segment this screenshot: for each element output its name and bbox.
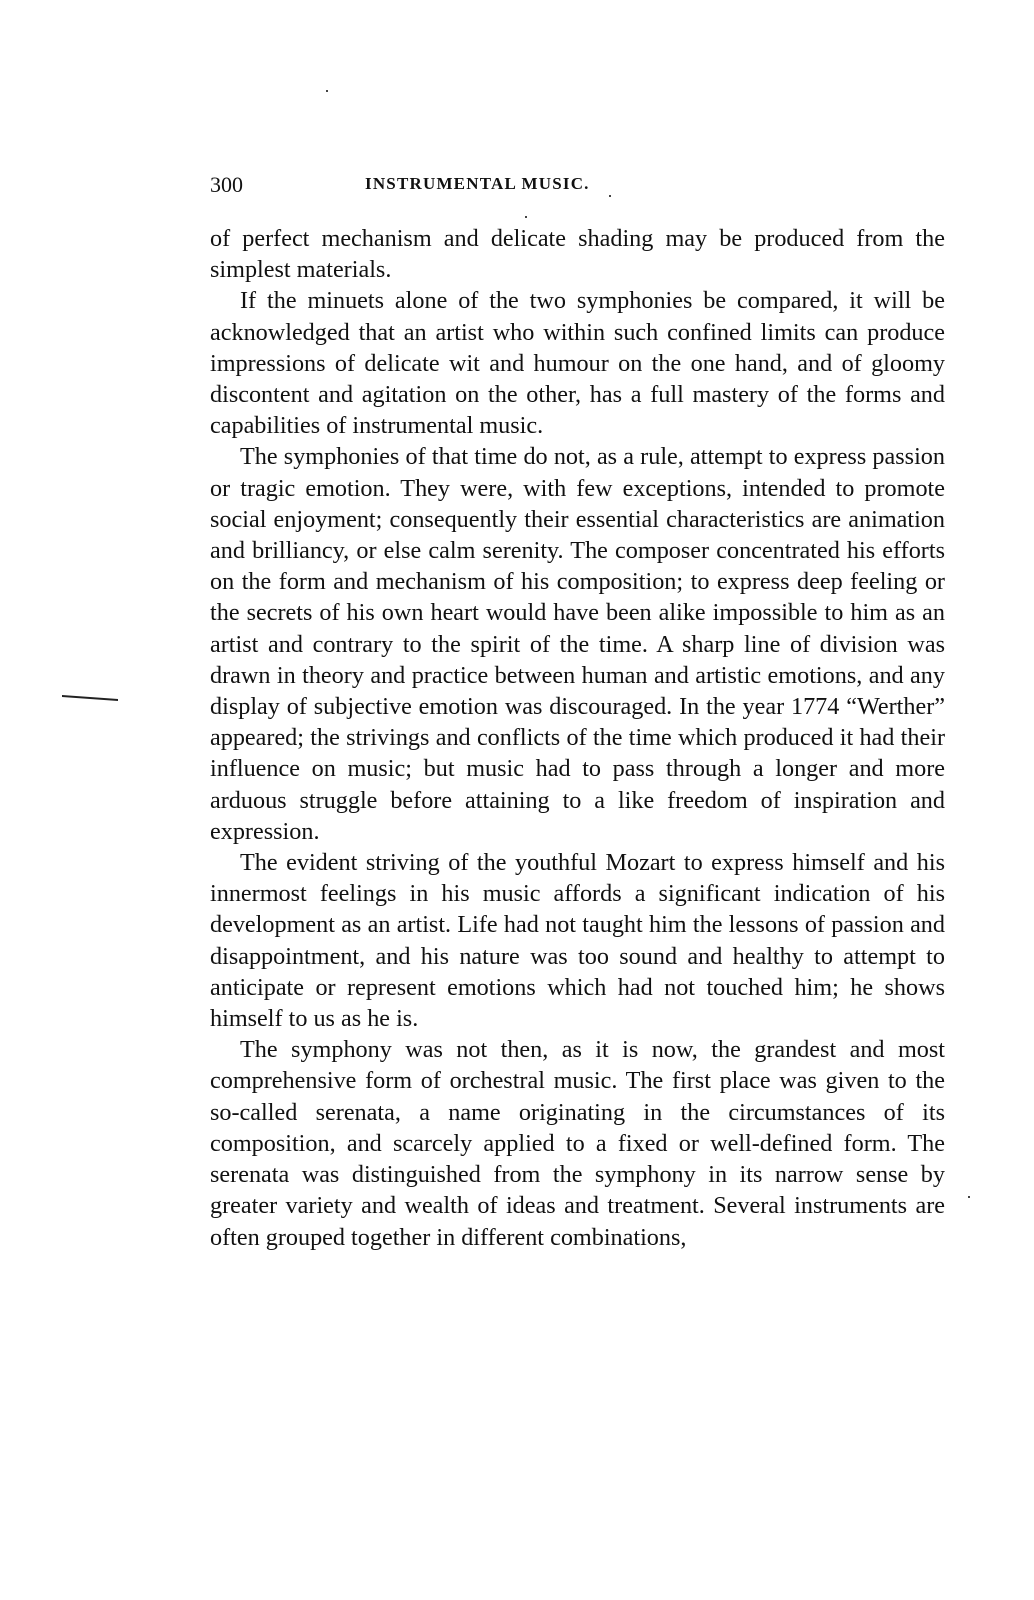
body-text: of perfect mechanism and delicate shadin… xyxy=(210,223,945,1253)
scan-speck xyxy=(326,90,328,92)
paragraph: The evident striving of the youthful Moz… xyxy=(210,847,945,1034)
paragraph: The symphonies of that time do not, as a… xyxy=(210,441,945,847)
page-number: 300 xyxy=(210,172,243,198)
running-header: 300 INSTRUMENTAL MUSIC. xyxy=(210,172,945,202)
paragraph: The symphony was not then, as it is now,… xyxy=(210,1034,945,1252)
margin-pencil-mark xyxy=(62,695,118,705)
running-title: INSTRUMENTAL MUSIC. xyxy=(365,174,590,194)
scan-speck xyxy=(968,1196,970,1198)
scan-speck xyxy=(525,216,527,218)
paragraph: If the minuets alone of the two symphoni… xyxy=(210,285,945,441)
paragraph: of perfect mechanism and delicate shadin… xyxy=(210,223,945,285)
